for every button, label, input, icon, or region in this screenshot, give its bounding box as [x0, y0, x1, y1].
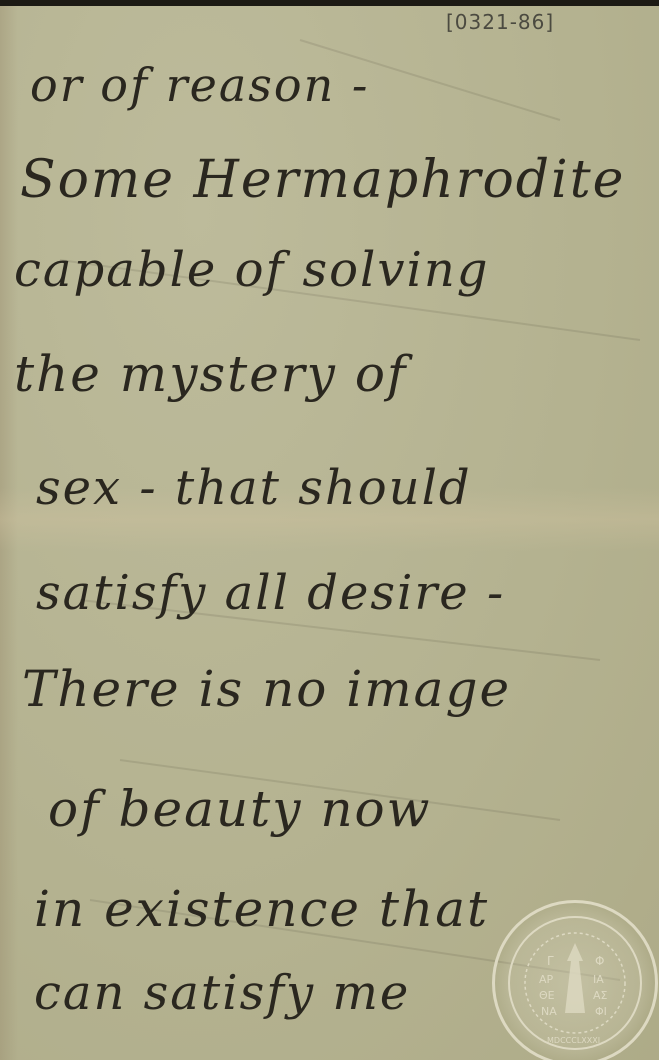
handwritten-line-7: There is no image [22, 660, 511, 718]
handwritten-line-6: satisfy all desire - [36, 565, 505, 621]
svg-text:MDCCCLXXXI: MDCCCLXXXI [547, 1036, 600, 1045]
handwritten-line-3: capable of solving [14, 242, 490, 298]
svg-text:ΑΣ: ΑΣ [593, 989, 608, 1002]
archive-reference-label: [0321-86] [446, 10, 554, 34]
svg-text:ΙΑ: ΙΑ [593, 973, 604, 986]
handwritten-line-5: sex - that should [36, 460, 472, 516]
handwritten-line-1: or of reason - [30, 58, 369, 112]
svg-text:ΦΙ: ΦΙ [595, 1005, 607, 1018]
handwritten-line-10: can satisfy me [34, 965, 410, 1021]
scan-top-edge [0, 0, 659, 6]
handwritten-line-4: the mystery of [14, 345, 407, 403]
handwritten-line-9: in existence that [34, 880, 489, 938]
handwritten-line-2: Some Hermaphrodite [20, 150, 625, 210]
svg-text:Γ: Γ [547, 954, 554, 968]
svg-text:ΘΕ: ΘΕ [539, 989, 555, 1002]
manuscript-page: [0321-86] or of reason - Some Hermaphrod… [0, 0, 659, 1060]
seal-emblem-icon: Γ Φ ΑΡ ΙΑ ΘΕ ΑΣ ΝΑ ΦΙ MDCCCLXXXI [495, 903, 655, 1060]
svg-text:ΑΡ: ΑΡ [539, 973, 554, 986]
svg-text:ΝΑ: ΝΑ [541, 1005, 557, 1018]
library-seal-stamp: Γ Φ ΑΡ ΙΑ ΘΕ ΑΣ ΝΑ ΦΙ MDCCCLXXXI [492, 900, 658, 1060]
handwritten-line-8: of beauty now [48, 780, 431, 838]
svg-text:Φ: Φ [595, 954, 604, 968]
